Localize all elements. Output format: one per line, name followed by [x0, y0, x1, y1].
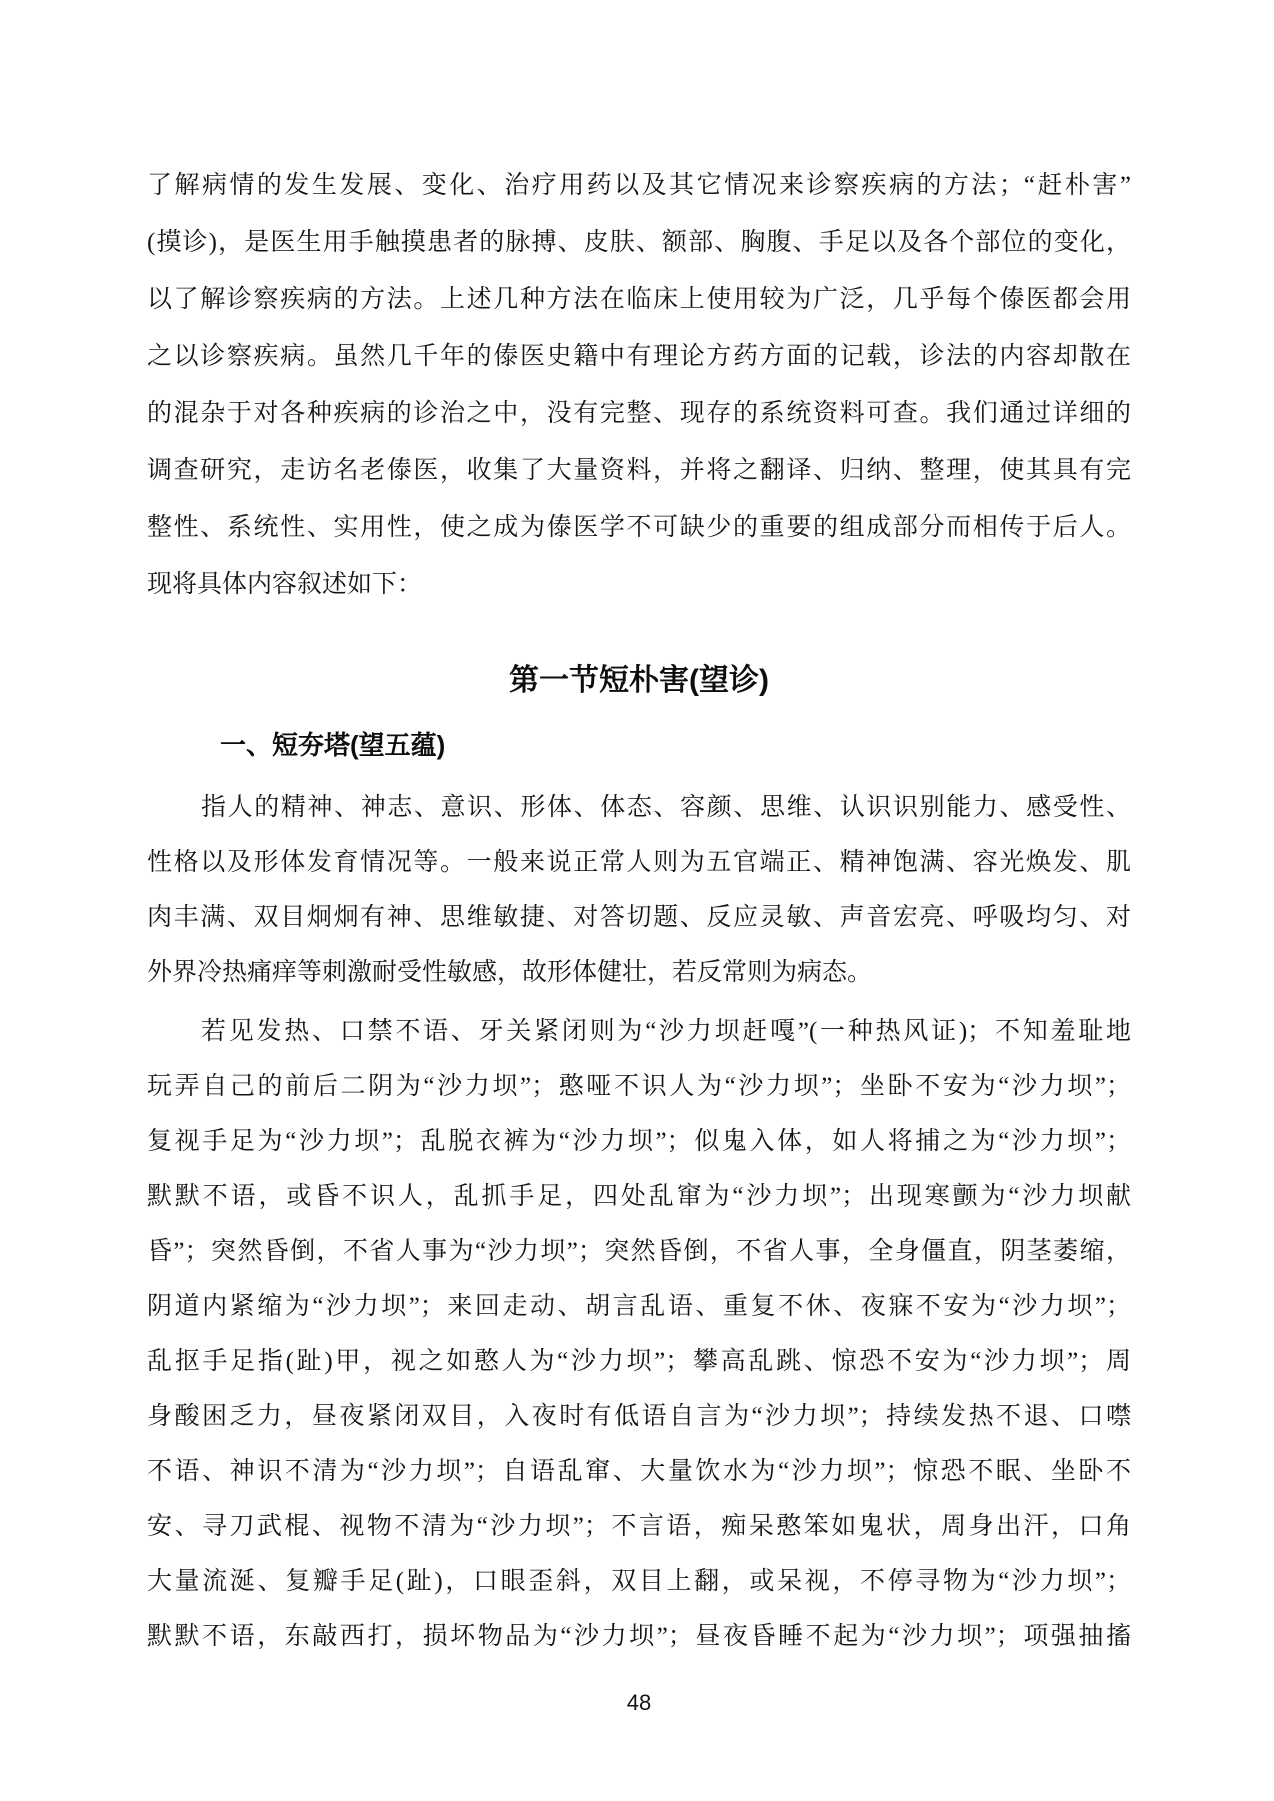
- text-line: 外界冷热痛痒等刺激耐受性敏感，故形体健壮，若反常则为病态。: [147, 945, 1131, 1000]
- subsection-title: 一、短夯塔(望五蕴): [220, 719, 445, 771]
- text-line: 调查研究，走访名老傣医，收集了大量资料，并将之翻译、归纳、整理，使其具有完: [147, 442, 1131, 499]
- text-line: 指人的精神、神志、意识、形体、体态、容颜、思维、认识识别能力、感受性、: [147, 780, 1131, 835]
- text-line: 乱抠手足指(趾)甲，视之如憨人为“沙力坝”；攀高乱跳、惊恐不安为“沙力坝”；周: [147, 1334, 1131, 1389]
- paragraph-shaliba: 若见发热、口禁不语、牙关紧闭则为“沙力坝赶嘎”(一种热风证)；不知羞耻地 玩弄自…: [147, 1004, 1131, 1664]
- paragraph-continuation: 了解病情的发生发展、变化、治疗用药以及其它情况来诊察疾病的方法；“赶朴害” (摸…: [147, 157, 1131, 613]
- text-line: 身酸困乏力，昼夜紧闭双目，入夜时有低语自言为“沙力坝”；持续发热不退、口噤: [147, 1389, 1131, 1444]
- text-line: 现将具体内容叙述如下：: [147, 556, 1131, 613]
- text-line: 了解病情的发生发展、变化、治疗用药以及其它情况来诊察疾病的方法；“赶朴害”: [147, 157, 1131, 214]
- text-line: 不语、神识不清为“沙力坝”；自语乱窜、大量饮水为“沙力坝”；惊恐不眠、坐卧不: [147, 1444, 1131, 1499]
- text-line: 大量流涎、复瓣手足(趾)，口眼歪斜，双目上翻，或呆视，不停寻物为“沙力坝”；: [147, 1554, 1131, 1609]
- text-line: 默默不语，或昏不识人，乱抓手足，四处乱窜为“沙力坝”；出现寒颤为“沙力坝献: [147, 1169, 1131, 1224]
- text-line: (摸诊)，是医生用手触摸患者的脉搏、皮肤、额部、胸腹、手足以及各个部位的变化，: [147, 214, 1131, 271]
- text-line: 肉丰满、双目炯炯有神、思维敏捷、对答切题、反应灵敏、声音宏亮、呼吸均匀、对: [147, 890, 1131, 945]
- text-line: 复视手足为“沙力坝”；乱脱衣裤为“沙力坝”；似鬼入体，如人将捕之为“沙力坝”；: [147, 1114, 1131, 1169]
- text-line: 以了解诊察疾病的方法。上述几种方法在临床上使用较为广泛，几乎每个傣医都会用: [147, 271, 1131, 328]
- text-line: 玩弄自己的前后二阴为“沙力坝”；憨哑不识人为“沙力坝”；坐卧不安为“沙力坝”；: [147, 1059, 1131, 1114]
- text-line: 若见发热、口禁不语、牙关紧闭则为“沙力坝赶嘎”(一种热风证)；不知羞耻地: [147, 1004, 1131, 1059]
- text-line: 默默不语，东敲西打，损坏物品为“沙力坝”；昼夜昏睡不起为“沙力坝”；项强抽搐: [147, 1609, 1131, 1664]
- text-line: 阴道内紧缩为“沙力坝”；来回走动、胡言乱语、重复不休、夜寐不安为“沙力坝”；: [147, 1279, 1131, 1334]
- page-number: 48: [147, 1688, 1131, 1718]
- text-line: 性格以及形体发育情况等。一般来说正常人则为五官端正、精神饱满、容光焕发、肌: [147, 835, 1131, 890]
- section-title: 第一节短朴害(望诊): [147, 652, 1131, 710]
- paragraph-wang-wuyun: 指人的精神、神志、意识、形体、体态、容颜、思维、认识识别能力、感受性、 性格以及…: [147, 780, 1131, 1000]
- text-line: 之以诊察疾病。虽然几千年的傣医史籍中有理论方药方面的记载，诊法的内容却散在: [147, 328, 1131, 385]
- document-page: 了解病情的发生发展、变化、治疗用药以及其它情况来诊察疾病的方法；“赶朴害” (摸…: [0, 0, 1274, 1801]
- text-line: 昏”；突然昏倒，不省人事为“沙力坝”；突然昏倒，不省人事，全身僵直，阴茎萎缩，: [147, 1224, 1131, 1279]
- text-line: 的混杂于对各种疾病的诊治之中，没有完整、现存的系统资料可查。我们通过详细的: [147, 385, 1131, 442]
- text-line: 安、寻刀武棍、视物不清为“沙力坝”；不言语，痴呆憨笨如鬼状，周身出汗，口角: [147, 1499, 1131, 1554]
- text-line: 整性、系统性、实用性，使之成为傣医学不可缺少的重要的组成部分而相传于后人。: [147, 499, 1131, 556]
